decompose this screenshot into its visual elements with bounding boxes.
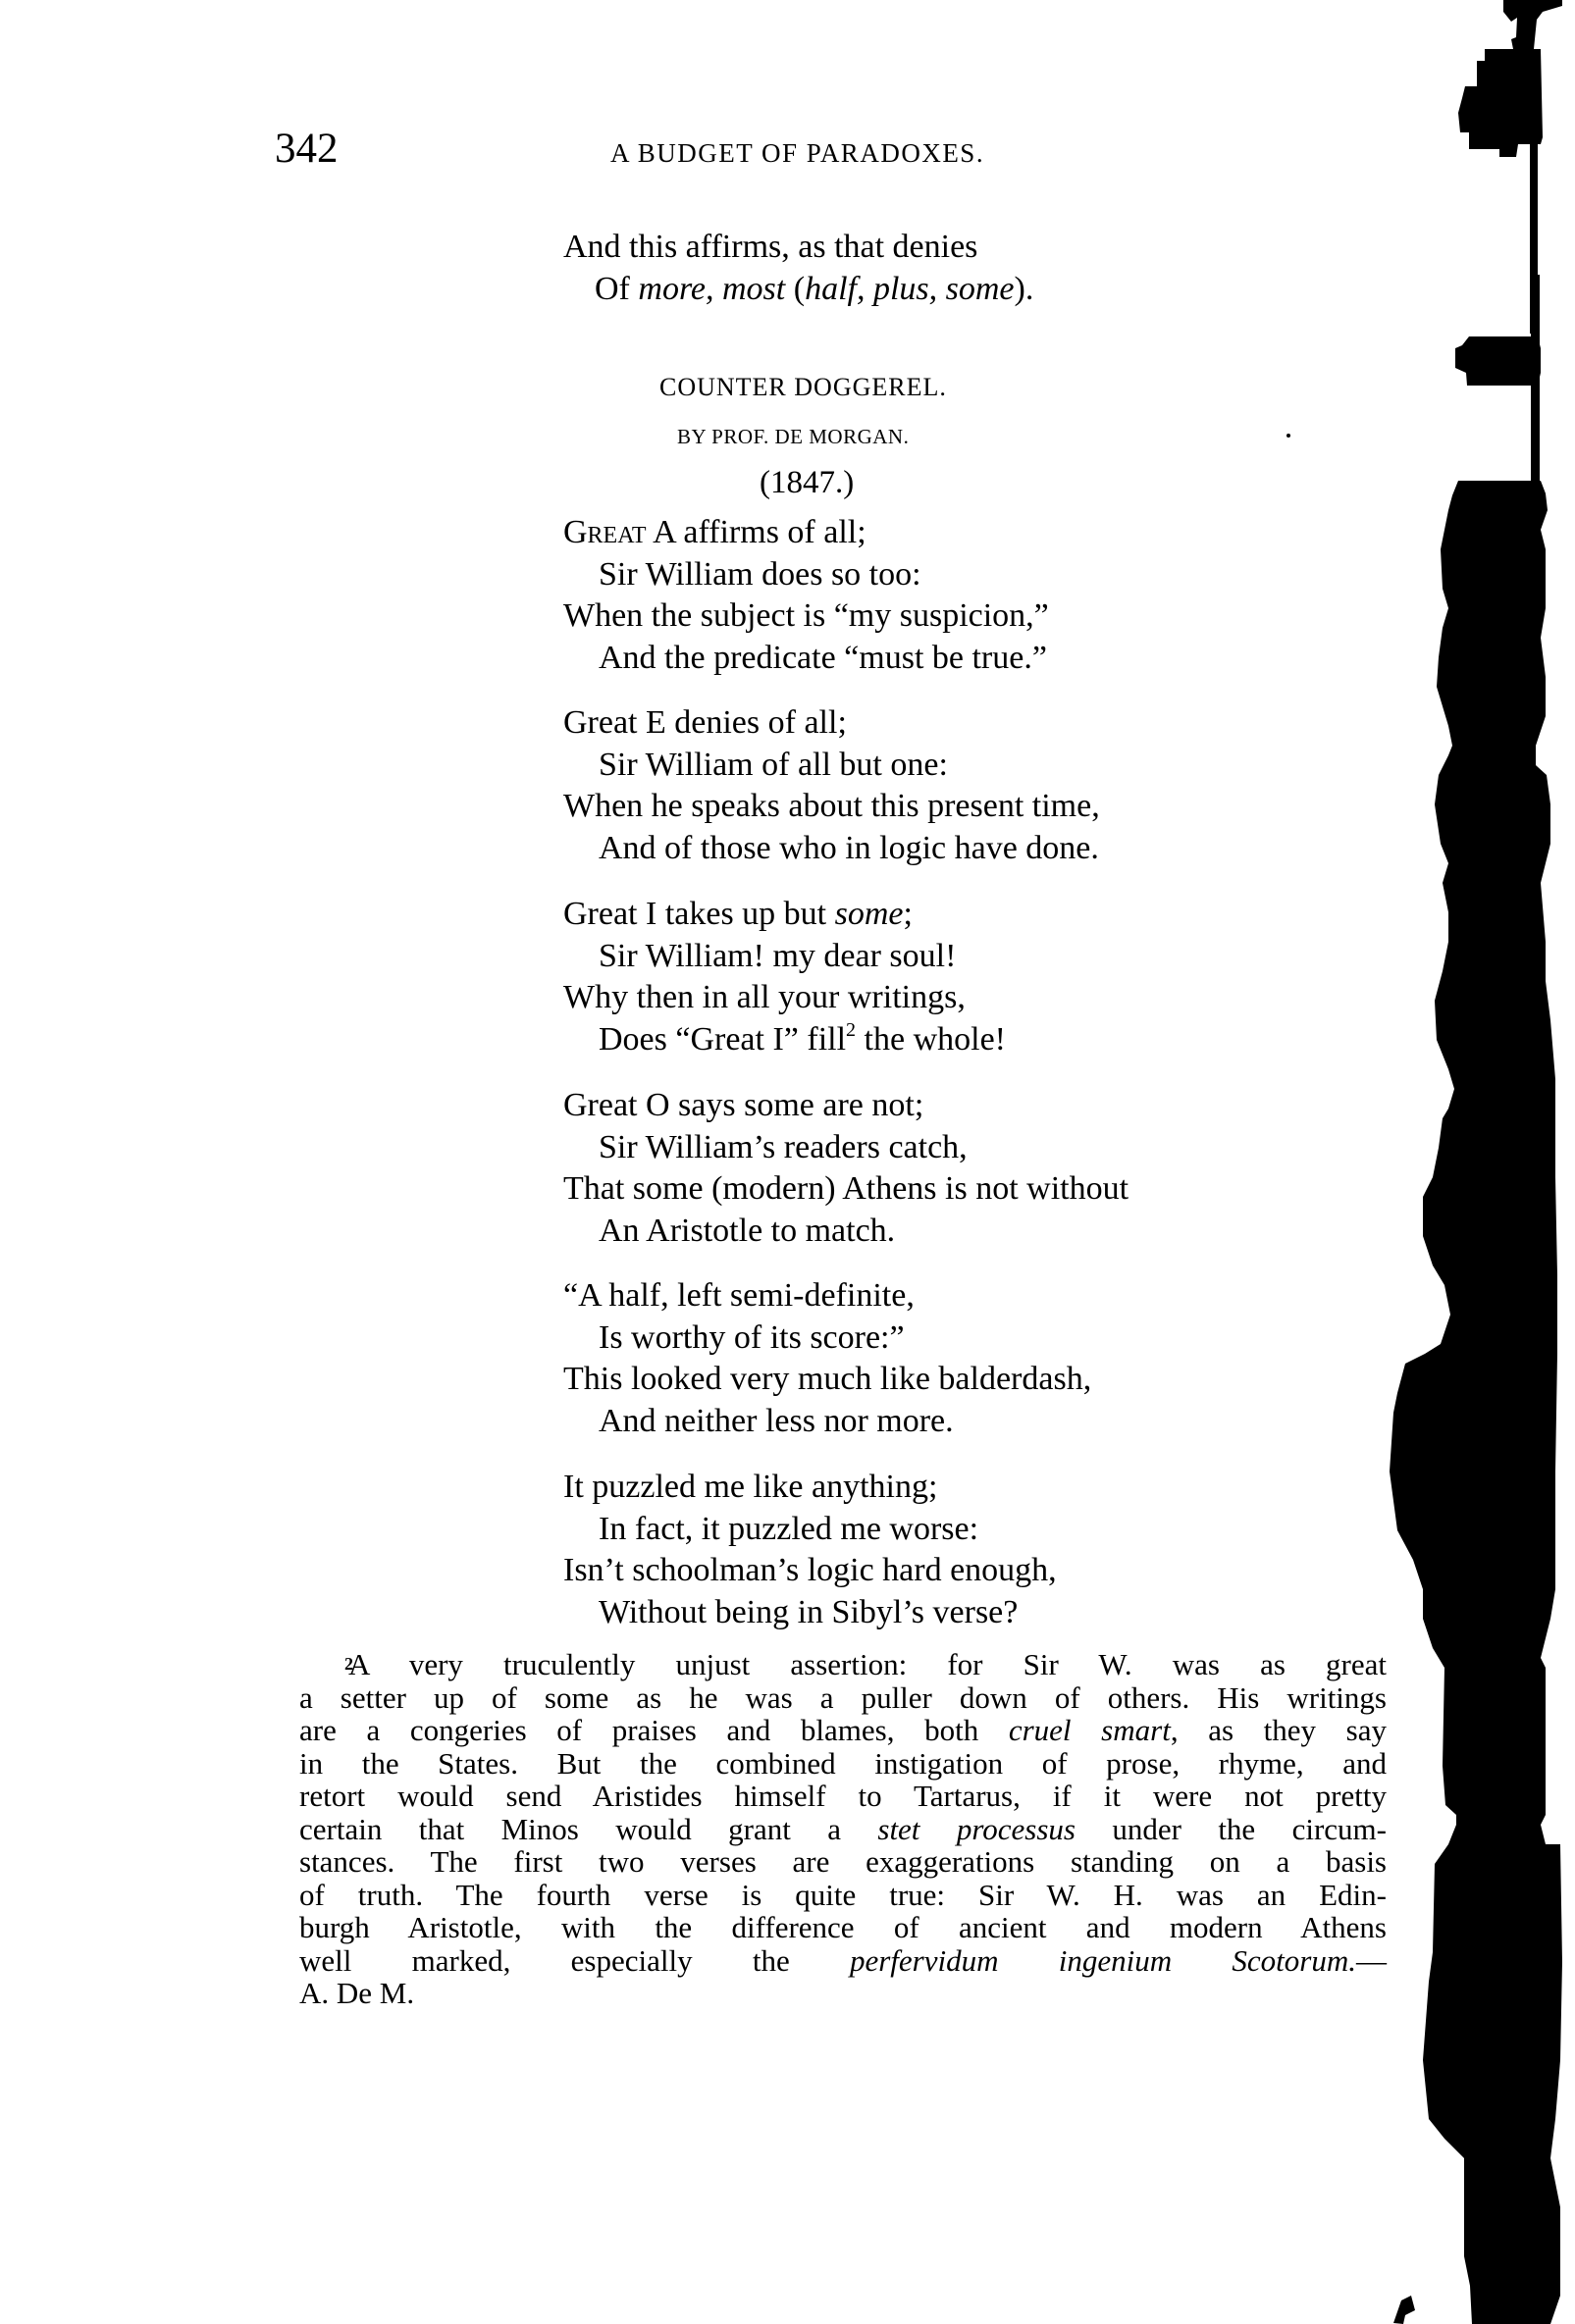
intro-italic: more, most: [638, 271, 785, 307]
footnote-text: of truth. The fourth verse is quite true…: [299, 1878, 1387, 1912]
footnote-text: well marked, especially the: [299, 1943, 850, 1978]
poem-byline: BY PROF. DE MORGAN.: [677, 422, 909, 451]
verse-text: Great I takes up but: [563, 896, 835, 932]
drop-word: Great: [563, 514, 647, 550]
footnote: 2 A very truculently unjust assertion: f…: [299, 1648, 1387, 2010]
footnote-text: under the circum-: [1076, 1812, 1387, 1846]
footnote-text: certain that Minos would grant a: [299, 1812, 877, 1846]
verse-line: And the predicate “must be true.”: [563, 638, 1049, 680]
verse-italic: some: [835, 896, 904, 932]
stanza-4: Great O says some are not; Sir William’s…: [563, 1085, 1129, 1252]
poem-year: (1847.): [760, 463, 854, 502]
verse-line: This looked very much like balderdash,: [563, 1359, 1091, 1401]
footnote-line: are a congeries of praises and blames, b…: [299, 1714, 1387, 1747]
running-head: A BUDGET OF PARADOXES.: [610, 135, 984, 171]
page-edge-shadow: [1354, 0, 1575, 2324]
footnote-line: stances. The first two verses are exagge…: [299, 1845, 1387, 1879]
stanza-3: Great I takes up but some; Sir William! …: [563, 894, 1006, 1060]
page-number: 342: [275, 126, 339, 173]
verse-text: A affirms of all;: [647, 514, 866, 550]
verse-line: Is worthy of its score:”: [563, 1317, 1091, 1360]
verse-line: And of those who in logic have done.: [563, 828, 1100, 870]
footnote-italic: stet processus: [877, 1812, 1076, 1846]
verse-line: Sir William of all but one:: [563, 745, 1100, 787]
footnote-text: are a congeries of praises and blames, b…: [299, 1713, 1009, 1747]
footnote-text: stances. The first two verses are exagge…: [299, 1844, 1387, 1879]
intro-line-1: And this affirms, as that denies: [563, 226, 1033, 268]
intro-couplet: And this affirms, as that denies Of more…: [563, 226, 1033, 310]
verse-text: ;: [904, 896, 913, 932]
verse-line: Great I takes up but some;: [563, 894, 1006, 936]
footnote-text: retort would send Aristides himself to T…: [299, 1779, 1387, 1813]
verse-line: Great E denies of all;: [563, 702, 1100, 745]
verse-line: Isn’t schoolman’s logic hard enough,: [563, 1550, 1057, 1592]
scan-speck: [1286, 434, 1290, 438]
footnote-line: of truth. The fourth verse is quite true…: [299, 1879, 1387, 1912]
verse-line: An Aristotle to match.: [563, 1211, 1129, 1253]
intro-line-2: Of more, most (half, plus, some).: [563, 268, 1033, 310]
footnote-text: A very truculently unjust assertion: for…: [348, 1647, 1387, 1681]
footnote-text: A. De M.: [299, 1976, 414, 2010]
verse-line: It puzzled me like anything;: [563, 1467, 1057, 1509]
stanza-6: It puzzled me like anything; In fact, it…: [563, 1467, 1057, 1633]
poem-title: COUNTER DOGGEREL.: [659, 371, 947, 404]
stanza-2: Great E denies of all; Sir William of al…: [563, 702, 1100, 869]
footnote-line: in the States. But the combined instigat…: [299, 1747, 1387, 1781]
stanza-5: “A half, left semi-definite, Is worthy o…: [563, 1275, 1091, 1442]
footnote-text: burgh Aristotle, with the difference of …: [299, 1910, 1387, 1944]
verse-line: Sir William does so too:: [563, 554, 1049, 596]
footnote-italic: cruel smart: [1009, 1713, 1171, 1747]
footnote-body: A very truculently unjust assertion: for…: [299, 1648, 1387, 2010]
verse-line: When he speaks about this present time,: [563, 786, 1100, 828]
verse-text: Does “Great I” fill: [599, 1021, 846, 1058]
verse-text: the whole!: [856, 1021, 1006, 1058]
footnote-text: a setter up of some as he was a puller d…: [299, 1680, 1387, 1715]
verse-line: Sir William’s readers catch,: [563, 1127, 1129, 1169]
footnote-italic: perfervidum ingenium Scotorum.: [850, 1943, 1356, 1978]
verse-line: Great O says some are not;: [563, 1085, 1129, 1127]
footnote-line: A. De M.: [299, 1977, 1387, 2010]
footnote-marker: 2: [344, 1648, 353, 1681]
footnote-line: certain that Minos would grant a stet pr…: [299, 1813, 1387, 1846]
intro-text: (: [785, 271, 805, 307]
footnote-text: in the States. But the combined instigat…: [299, 1746, 1387, 1781]
footnote-line: burgh Aristotle, with the difference of …: [299, 1911, 1387, 1944]
intro-text: ).: [1015, 271, 1034, 307]
footnote-reference[interactable]: 2: [846, 1019, 856, 1041]
footnote-line: a setter up of some as he was a puller d…: [299, 1681, 1387, 1715]
verse-line: Why then in all your writings,: [563, 977, 1006, 1019]
intro-italic: half, plus, some: [805, 271, 1014, 307]
verse-line: Without being in Sibyl’s verse?: [563, 1592, 1057, 1634]
stanza-1: Great A affirms of all; Sir William does…: [563, 512, 1049, 679]
verse-line: When the subject is “my suspicion,”: [563, 595, 1049, 638]
verse-line: Sir William! my dear soul!: [563, 936, 1006, 978]
verse-line: Does “Great I” fill2 the whole!: [563, 1019, 1006, 1061]
footnote-line: A very truculently unjust assertion: for…: [299, 1648, 1387, 1681]
intro-text: Of: [595, 271, 638, 307]
verse-line: In fact, it puzzled me worse:: [563, 1509, 1057, 1551]
verse-line: Great A affirms of all;: [563, 512, 1049, 554]
verse-line: That some (modern) Athens is not without: [563, 1168, 1129, 1211]
footnote-line: retort would send Aristides himself to T…: [299, 1780, 1387, 1813]
verse-line: And neither less nor more.: [563, 1401, 1091, 1443]
verse-line: “A half, left semi-definite,: [563, 1275, 1091, 1317]
footnote-line: well marked, especially the perfervidum …: [299, 1944, 1387, 1978]
